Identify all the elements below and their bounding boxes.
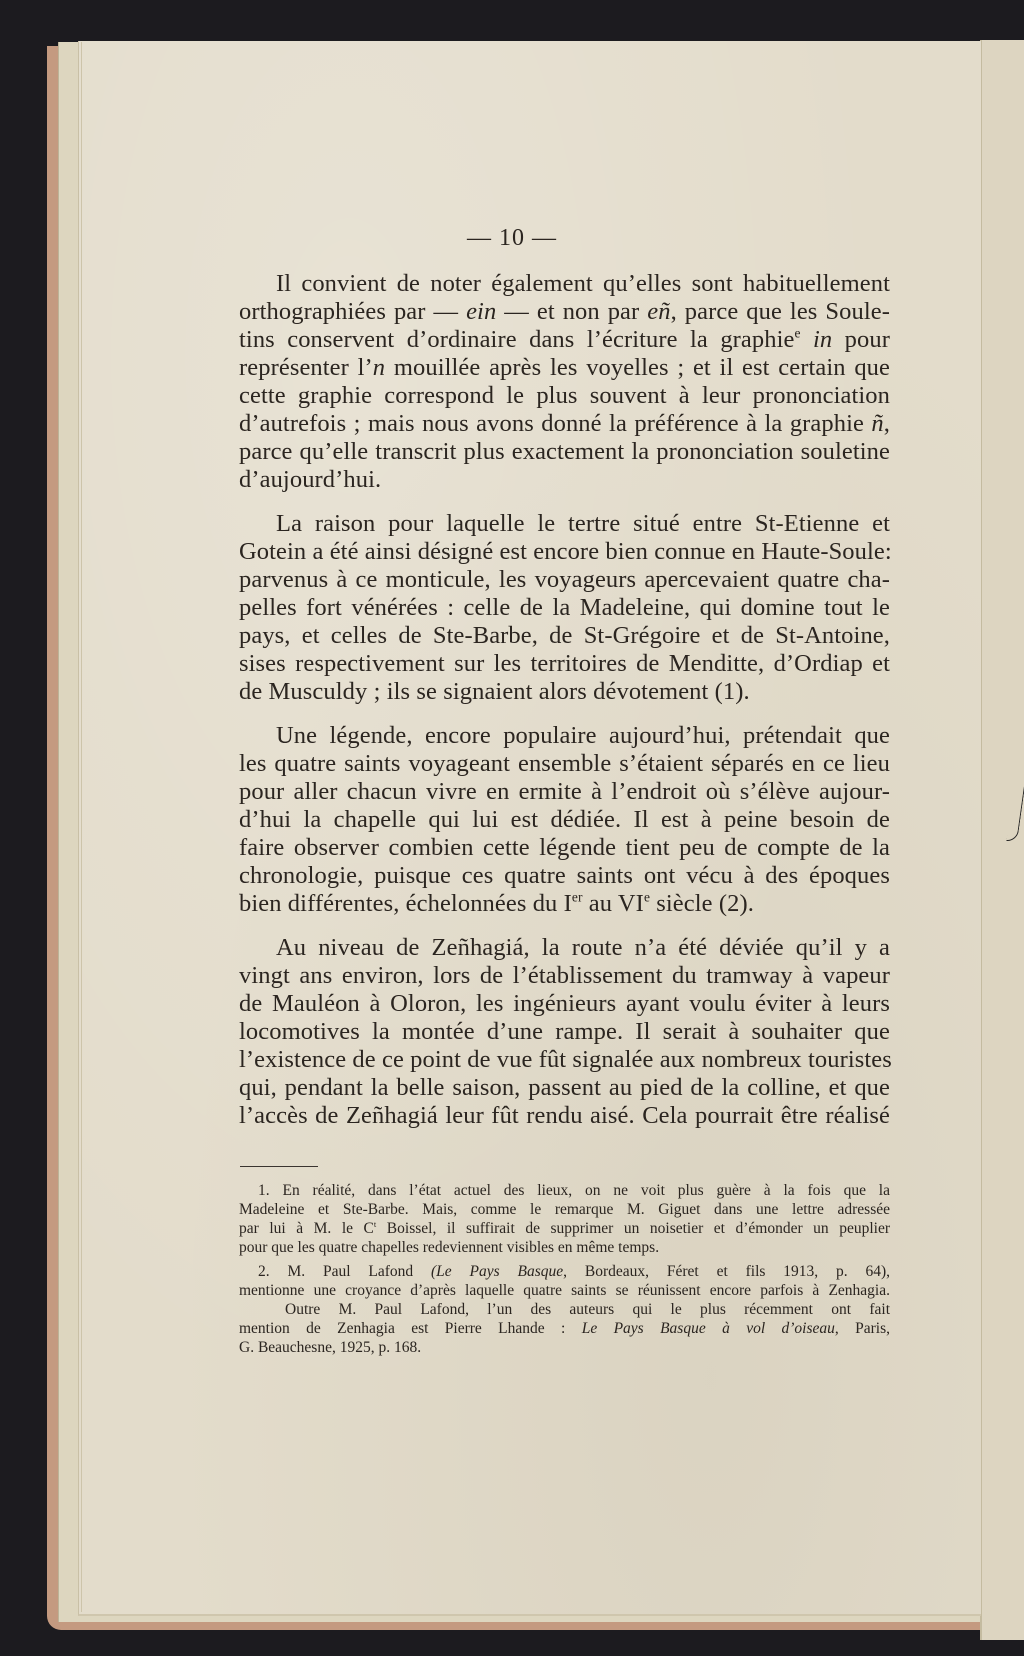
footnote-line: pour que les quatre chapelles redevienne… bbox=[239, 1238, 890, 1257]
text-line: cette graphie correspond le plus souvent… bbox=[239, 382, 890, 410]
footnote-line: Outre M. Paul Lafond, l’un des auteurs q… bbox=[285, 1300, 890, 1319]
text-line: Gotein a été ainsi désigné est encore bi… bbox=[239, 538, 890, 566]
footnote-line: 2. M. Paul Lafond (Le Pays Basque, Borde… bbox=[258, 1262, 890, 1281]
text-line: Il convient de noter également qu’elles … bbox=[276, 270, 890, 298]
text-line: La raison pour laquelle le tertre situé … bbox=[276, 510, 890, 538]
footnote-separator bbox=[240, 1166, 318, 1167]
footnote-line: G. Beauchesne, 1925, p. 168. bbox=[239, 1338, 890, 1357]
text-line: de Musculdy ; ils se signaient alors dév… bbox=[239, 678, 890, 706]
footnote-line: Madeleine et Ste-Barbe. Mais, comme le r… bbox=[239, 1200, 890, 1219]
footnote-line: 1. En réalité, dans l’état actuel des li… bbox=[258, 1181, 890, 1200]
footnote-line: mention de Zenhagia est Pierre Lhande : … bbox=[239, 1319, 890, 1338]
text-line: représenter l’n mouillée après les voyel… bbox=[239, 354, 890, 382]
text-line: Au niveau de Zeñhagiá, la route n’a été … bbox=[276, 934, 890, 962]
text-line: chronologie, puisque ces quatre saints o… bbox=[239, 862, 890, 890]
text-line: l’existence de ce point de vue fût signa… bbox=[239, 1046, 890, 1074]
text-line: parvenus à ce monticule, les voyageurs a… bbox=[239, 566, 890, 594]
text-line: pour aller chacun vivre en ermite à l’en… bbox=[239, 778, 890, 806]
page-number: — 10 — bbox=[0, 225, 1024, 252]
text-line: faire observer combien cette légende tie… bbox=[239, 834, 890, 862]
text-line: d’hui la chapelle qui lui est dédiée. Il… bbox=[239, 806, 890, 834]
text-line: orthographiées par — ein — et non par eñ… bbox=[239, 298, 890, 326]
footnote-line: par lui à M. le Ct Boissel, il suffirait… bbox=[239, 1219, 890, 1238]
text-line: l’accès de Zeñhagiá leur fût rendu aisé.… bbox=[239, 1102, 890, 1130]
text-line: d’autrefois ; mais nous avons donné la p… bbox=[239, 410, 890, 438]
text-line: d’aujourd’hui. bbox=[239, 466, 890, 494]
text-line: locomotives la montée d’une rampe. Il se… bbox=[239, 1018, 890, 1046]
text-line: pays, et celles de Ste-Barbe, de St-Grég… bbox=[239, 622, 890, 650]
text-line: de Mauléon à Oloron, les ingénieurs ayan… bbox=[239, 990, 890, 1018]
text-line: qui, pendant la belle saison, passent au… bbox=[239, 1074, 890, 1102]
footnote-line: mentionne une croyance d’après laquelle … bbox=[239, 1281, 890, 1300]
text-line: Une légende, encore populaire aujourd’hu… bbox=[276, 722, 890, 750]
text-line: les quatre saints voyageant ensemble s’é… bbox=[239, 750, 890, 778]
text-line: bien différentes, échelonnées du Ier au … bbox=[239, 890, 890, 918]
text-line: pelles fort vénérées : celle de la Madel… bbox=[239, 594, 890, 622]
text-line: parce qu’elle transcrit plus exactement … bbox=[239, 438, 890, 466]
page-text: — 10 — Il convient de noter également qu… bbox=[0, 0, 1024, 1656]
text-line: sises respectivement sur les territoires… bbox=[239, 650, 890, 678]
text-line: tins conservent d’ordinaire dans l’écrit… bbox=[239, 326, 890, 354]
text-line: vingt ans environ, lors de l’établisseme… bbox=[239, 962, 890, 990]
